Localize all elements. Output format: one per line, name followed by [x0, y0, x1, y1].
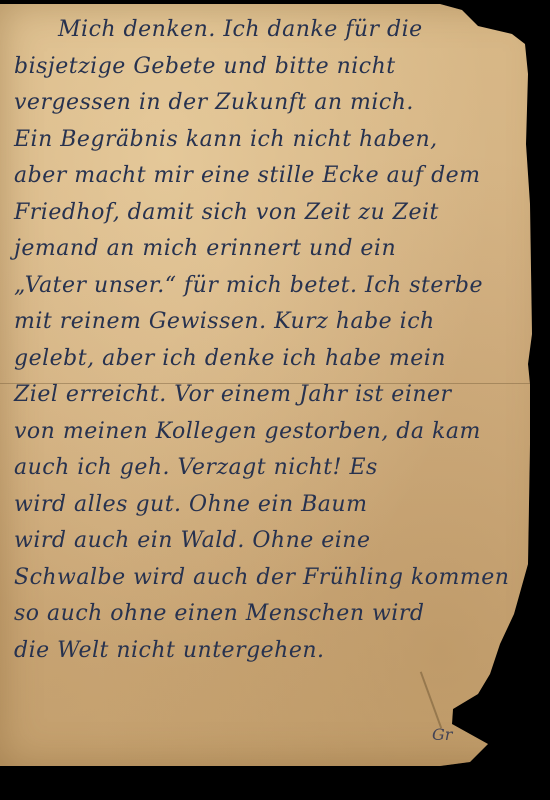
letter-line: Schwalbe wird auch der Frühling kommen — [14, 560, 534, 597]
letter-line: Friedhof, damit sich von Zeit zu Zeit — [14, 195, 534, 232]
letter-line: bisjetzige Gebete und bitte nicht — [14, 49, 534, 86]
letter-line: Ein Begräbnis kann ich nicht haben, — [14, 122, 534, 159]
letter-line: Ziel erreicht. Vor einem Jahr ist einer — [14, 377, 534, 414]
letter-line: von meinen Kollegen gestorben, da kam — [14, 414, 534, 451]
letter-line: aber macht mir eine stille Ecke auf dem — [14, 158, 534, 195]
letter-line: „Vater unser.“ für mich betet. Ich sterb… — [14, 268, 534, 305]
letter-line: jemand an mich erinnert und ein — [14, 231, 534, 268]
letter-line: die Welt nicht untergehen. — [14, 633, 534, 670]
handwritten-letter-text: Mich denken. Ich danke für die bisjetzig… — [14, 12, 534, 669]
letter-line: vergessen in der Zukunft an mich. — [14, 85, 534, 122]
letter-line: gelebt, aber ich denke ich habe mein — [14, 341, 534, 378]
letter-line: wird alles gut. Ohne ein Baum — [14, 487, 534, 524]
letter-line: auch ich geh. Verzagt nicht! Es — [14, 450, 534, 487]
letter-line: so auch ohne einen Menschen wird — [14, 596, 534, 633]
corner-mark: Gr — [432, 725, 476, 759]
letter-line: Mich denken. Ich danke für die — [14, 12, 534, 49]
letter-line: wird auch ein Wald. Ohne eine — [14, 523, 534, 560]
letter-line: mit reinem Gewissen. Kurz habe ich — [14, 304, 534, 341]
